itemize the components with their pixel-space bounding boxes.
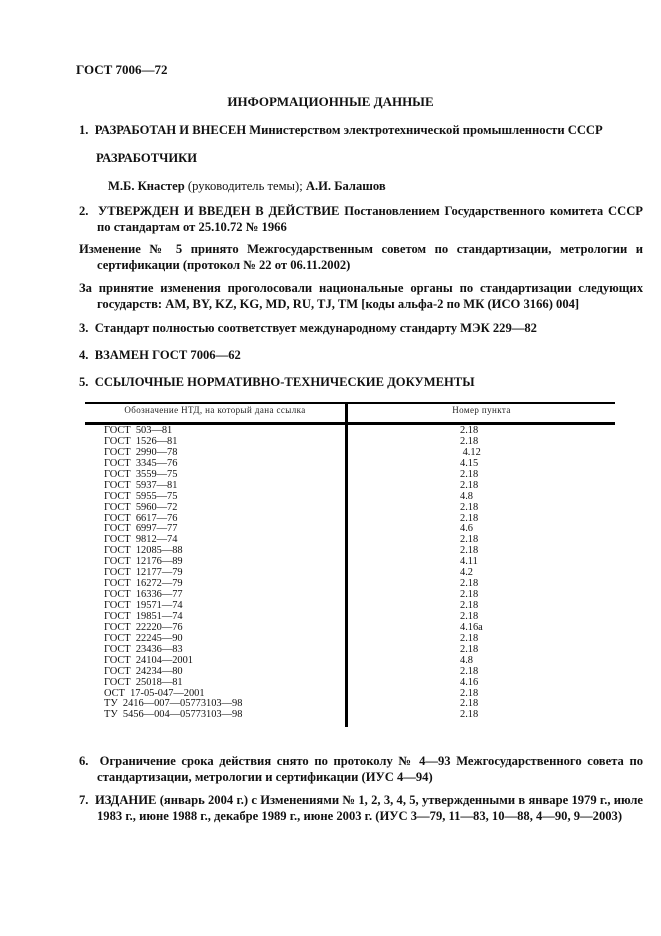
section-4: 4. ВЗАМЕН ГОСТ 7006—62: [79, 347, 241, 363]
table-column-divider: [345, 402, 348, 727]
table-row-document: ГОСТ 25018—81: [104, 678, 242, 689]
section-5: 5. ССЫЛОЧНЫЕ НОРМАТИВНО-ТЕХНИЧЕСКИЕ ДОКУ…: [79, 374, 475, 390]
table-row-clause: 4.16: [460, 678, 500, 689]
section-1-heading: РАЗРАБОТАН И ВНЕСЕН: [95, 123, 246, 137]
section-7-text: (январь 2004 г.) с Изменениями № 1, 2, 3…: [97, 793, 643, 823]
section-number: 1.: [79, 123, 88, 137]
table-column-clauses: 2.182.18 4.124.152.182.184.82.182.184.62…: [460, 426, 500, 721]
table-row-document: ГОСТ 24234—80: [104, 667, 242, 678]
table-row-document: ГОСТ 5937—81: [104, 481, 242, 492]
section-3: 3. Стандарт полностью соответствует межд…: [79, 320, 537, 336]
section-1-text: Министерством электротехнической промышл…: [249, 123, 602, 137]
vote-note: За принятие изменения проголосовали наци…: [79, 280, 643, 312]
table-column-documents: ГОСТ 503—81ГОСТ 1526—81ГОСТ 2990—78ГОСТ …: [104, 426, 242, 721]
developer-1-role: (руководитель темы);: [188, 179, 303, 193]
section-number: 2.: [79, 204, 88, 218]
table-row-document: ГОСТ 24104—2001: [104, 656, 242, 667]
section-2-heading: УТВЕРЖДЕН И ВВЕДЕН В ДЕЙСТВИЕ: [98, 204, 339, 218]
table-row-document: ГОСТ 5955—75: [104, 492, 242, 503]
page-title: ИНФОРМАЦИОННЫЕ ДАННЫЕ: [0, 94, 661, 110]
developers-label: РАЗРАБОТЧИКИ: [96, 150, 197, 166]
section-7: 7. ИЗДАНИЕ (январь 2004 г.) с Изменениям…: [79, 792, 643, 824]
section-4-text: ВЗАМЕН ГОСТ 7006—62: [95, 348, 241, 362]
table-row-clause: 2.18: [460, 667, 500, 678]
section-7-heading: ИЗДАНИЕ: [95, 793, 156, 807]
table-row-clause: 2.18: [460, 710, 500, 721]
section-3-text: Стандарт полностью соответствует междуна…: [95, 321, 537, 335]
section-number: 4.: [79, 348, 88, 362]
developers-list: М.Б. Кнастер (руководитель темы); А.И. Б…: [108, 178, 386, 194]
table-top-border: [85, 402, 615, 404]
section-5-text: ССЫЛОЧНЫЕ НОРМАТИВНО-ТЕХНИЧЕСКИЕ ДОКУМЕН…: [95, 375, 475, 389]
table-header-document: Обозначение НТД, на который дана ссылка: [85, 405, 345, 415]
table-row-document: ТУ 5456—004—05773103—98: [104, 710, 242, 721]
section-1: 1. РАЗРАБОТАН И ВНЕСЕН Министерством эле…: [79, 122, 639, 138]
table-row-clause: 2.18: [460, 503, 500, 514]
section-number: 3.: [79, 321, 88, 335]
change-note: Изменение № 5 принято Межгосударственным…: [79, 241, 643, 273]
section-number: 7.: [79, 793, 88, 807]
developer-2: А.И. Балашов: [306, 179, 386, 193]
table-header-clause: Номер пункта: [348, 405, 615, 415]
developer-1: М.Б. Кнастер: [108, 179, 185, 193]
table-row-clause: 2.18: [460, 481, 500, 492]
section-number: 6.: [79, 754, 88, 768]
section-2: 2. УТВЕРЖДЕН И ВВЕДЕН В ДЕЙСТВИЕ Постано…: [79, 203, 643, 235]
table-row-document: ГОСТ 5960—72: [104, 503, 242, 514]
table-row-clause: 4.8: [460, 656, 500, 667]
section-6: 6. Ограничение срока действия снято по п…: [79, 753, 643, 785]
section-number: 5.: [79, 375, 88, 389]
document-code: ГОСТ 7006—72: [76, 62, 168, 78]
section-6-text: Ограничение срока действия снято по прот…: [97, 754, 643, 784]
table-row-clause: 4.8: [460, 492, 500, 503]
